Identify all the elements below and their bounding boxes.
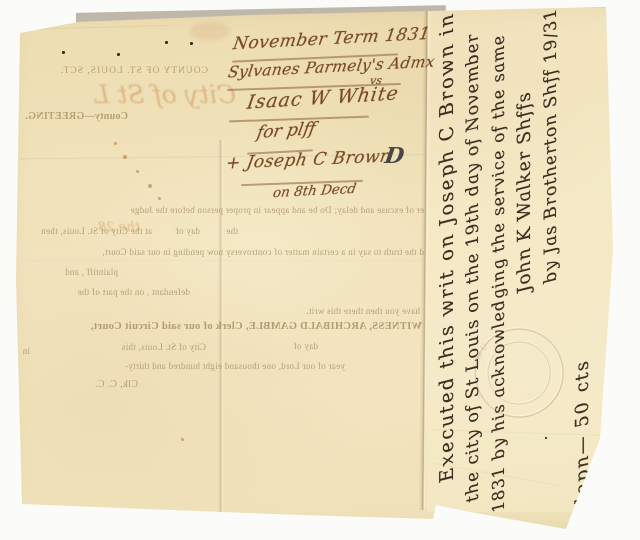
rust-stain xyxy=(114,142,117,145)
showthrough-witness-line: WITNESS, ARCHIBALD GAMBLE, Clerk of our … xyxy=(98,321,422,332)
showthrough-plaintiff-line: plaintiff , and xyxy=(20,267,118,277)
showthrough-excuse-line: er of excuse and delay; Do be and appear… xyxy=(36,205,424,215)
showthrough-city-then: at the City of St. Louis, then xyxy=(36,226,152,236)
rust-stain xyxy=(158,197,161,200)
showthrough-defendant-line: defendant , on the part of the xyxy=(58,287,190,297)
ink-speck xyxy=(190,42,193,45)
return-signature-2: by Jas Brotherton Shff 19/31 xyxy=(538,12,564,289)
showthrough-year-line: year of our Lord, one thousand eight hun… xyxy=(93,361,345,371)
showthrough-clerk-signature: Clk, C. C. xyxy=(94,379,138,390)
showthrough-orange-script: City of St L xyxy=(86,80,236,109)
showthrough-city-this: City of St. Louis, this xyxy=(106,342,206,352)
rust-stain xyxy=(136,170,139,173)
showthrough-writ-line: have you then there this writ. xyxy=(234,306,420,316)
rust-stain xyxy=(148,184,152,188)
showthrough-greeting: County—GREETING. xyxy=(28,111,128,122)
return-fee-note: depn— 50 cts xyxy=(570,12,596,514)
showthrough-truth-line: d the truth to say in a certain matter o… xyxy=(19,247,424,257)
ink-speck xyxy=(545,437,547,439)
ink-speck xyxy=(165,41,168,44)
rust-stain xyxy=(181,438,184,441)
ink-speck xyxy=(13,35,18,39)
showthrough-day-of-2: day of xyxy=(290,341,318,351)
writ-paper: COUNTY OF ST. LOUIS, SCT. County—GREETIN… xyxy=(0,0,640,540)
return-line-1: Executed this writ on Joseph C Brown in xyxy=(434,12,460,488)
showthrough-county-header: COUNTY OF ST. LOUIS, SCT. xyxy=(60,66,208,76)
sheriffs-return: Executed this writ on Joseph C Brown in … xyxy=(434,12,612,512)
showthrough-the: the xyxy=(214,226,238,236)
showthrough-day-of: day of xyxy=(166,226,200,236)
pink-smudge xyxy=(190,22,230,40)
summons-mark: D xyxy=(383,143,406,169)
return-signature-1: John K Walker Shffs xyxy=(512,12,538,299)
showthrough-in: in xyxy=(20,346,30,356)
return-line-2: the city of St Louis on the 19th day of … xyxy=(460,12,486,508)
document-scan: COUNTY OF ST. LOUIS, SCT. County—GREETIN… xyxy=(0,0,640,540)
crease-horizontal-2 xyxy=(20,260,424,262)
return-line-3: 1831 by his acknowledging the service of… xyxy=(486,12,512,518)
rust-stain xyxy=(123,155,127,159)
ink-speck xyxy=(62,51,65,54)
ink-speck xyxy=(117,53,120,56)
